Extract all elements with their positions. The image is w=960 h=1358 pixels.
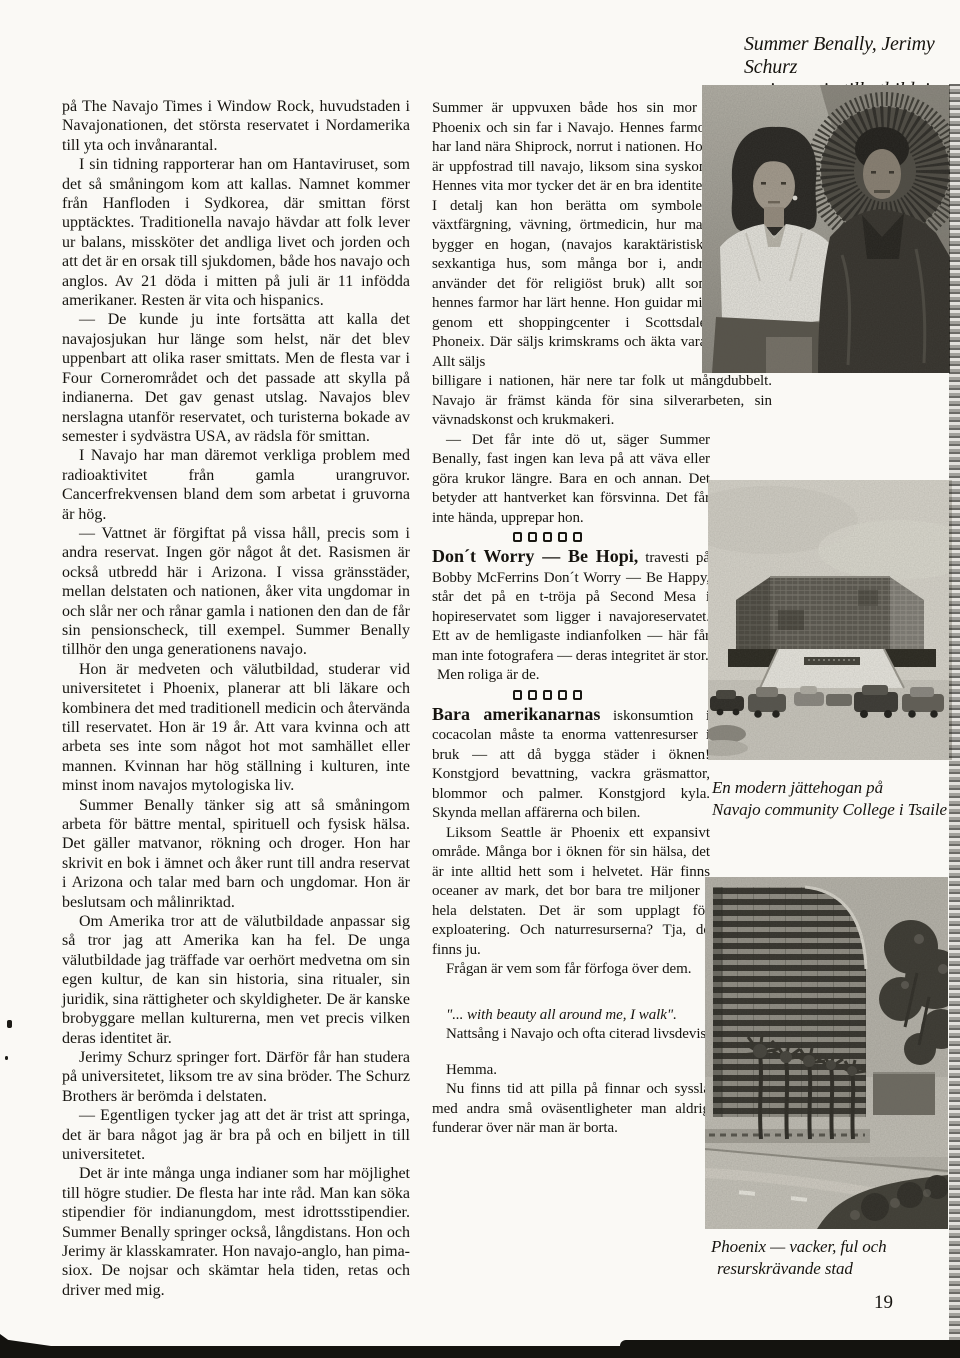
square-ornament-icon [543,690,552,700]
paragraph: Men roliga är de. [432,666,710,686]
paragraph: — Det får inte dö ut, säger Summer Benal… [432,431,710,529]
caption-phoenix-line1: Phoenix — vacker, ful och [711,1236,951,1258]
photo-phoenix-street [705,877,948,1229]
square-ornament-icon [528,532,537,542]
square-ornament-icon [543,532,552,542]
paragraph: — Egentligen tycker jag att det är trist… [62,1106,410,1164]
dont-worry-lead: Don´t Worry — Be Hopi, [432,546,638,566]
magazine-page: Summer Benally, Jerimy Schurz springer s… [0,0,960,1358]
paragraph: Nattsång i Navajo och ofta citerad livsd… [432,1025,710,1045]
square-ornament-icon [558,690,567,700]
paragraph: Om Amerika tror att de välutbildade anpa… [62,912,410,1048]
paragraph: Hemma. [432,1061,710,1081]
page-number: 19 [874,1292,893,1314]
square-ornament-icon [513,690,522,700]
paragraph: Frågan är vem som får förfoga över dem. [432,960,710,980]
paragraph: — Vattnet är förgiftat på vissa håll, pr… [62,524,410,660]
scan-artifact-bottom-bar [0,1346,960,1358]
scan-artifact-speck [5,1056,8,1060]
paragraph: Summer Benally tänker sig att så småning… [62,796,410,912]
square-ornament-icon [573,532,582,542]
paragraph: Bara amerikanarnas iskonsumtion i cocaco… [432,705,710,824]
photo-hogan-building [708,480,952,760]
squares-separator [408,532,686,544]
square-ornament-icon [573,690,582,700]
scan-artifact-speck [7,1020,12,1028]
caption-hogan: En modern jättehogan på Navajo community… [712,777,952,821]
left-column: på The Navajo Times i Window Rock, huvud… [62,97,410,1300]
caption-hogan-line2: Navajo community College i Tsaile [712,799,952,821]
paragraph: Jerimy Schurz springer fort. Därför får … [62,1048,410,1106]
photo-portrait [702,85,950,373]
night-chant-quote: "... with beauty all around me, I walk". [432,1006,710,1026]
caption-phoenix: Phoenix — vacker, ful och resurskrävande… [711,1236,951,1280]
paragraph: Det är inte många unga indianer som har … [62,1164,410,1300]
paragraph: I Navajo har man däremot verkliga proble… [62,446,410,524]
square-ornament-icon [528,690,537,700]
paragraph: I sin tidning rapporterar han om Hantavi… [62,155,410,310]
paragraph: Don´t Worry — Be Hopi, travesti på Bobby… [432,547,710,666]
caption-phoenix-line2: resurskrävande stad [711,1258,951,1280]
article-title-line1: Summer Benally, Jerimy Schurz [744,33,954,79]
scan-artifact-right-streak [949,84,960,1346]
paragraph: billigare i nationen, här nere tar folk … [432,372,772,431]
paragraph: Liksom Seattle är Phoenix ett expansivt … [432,824,710,961]
bara-lead: Bara amerikanarnas [432,704,600,724]
squares-separator [408,690,686,702]
paragraph: på The Navajo Times i Window Rock, huvud… [62,97,410,155]
paragraph: Hon är medveten och välutbildad, studera… [62,660,410,796]
square-ornament-icon [513,532,522,542]
paragraph: — De kunde ju inte fortsätta att kalla d… [62,310,410,446]
bara-text: iskonsumtion i cocacolan måste ta enorma… [432,708,710,822]
paragraph: Summer är uppvuxen både hos sin mor i Ph… [432,99,710,372]
caption-hogan-line1: En modern jättehogan på [712,777,952,799]
square-ornament-icon [558,532,567,542]
dont-worry-text: travesti på Bobby McFerrins Don´t Worry … [432,550,710,664]
paragraph: Nu finns tid att pilla på finnar och sys… [432,1080,710,1139]
middle-column: Summer är uppvuxen både hos sin mor i Ph… [432,99,710,1139]
